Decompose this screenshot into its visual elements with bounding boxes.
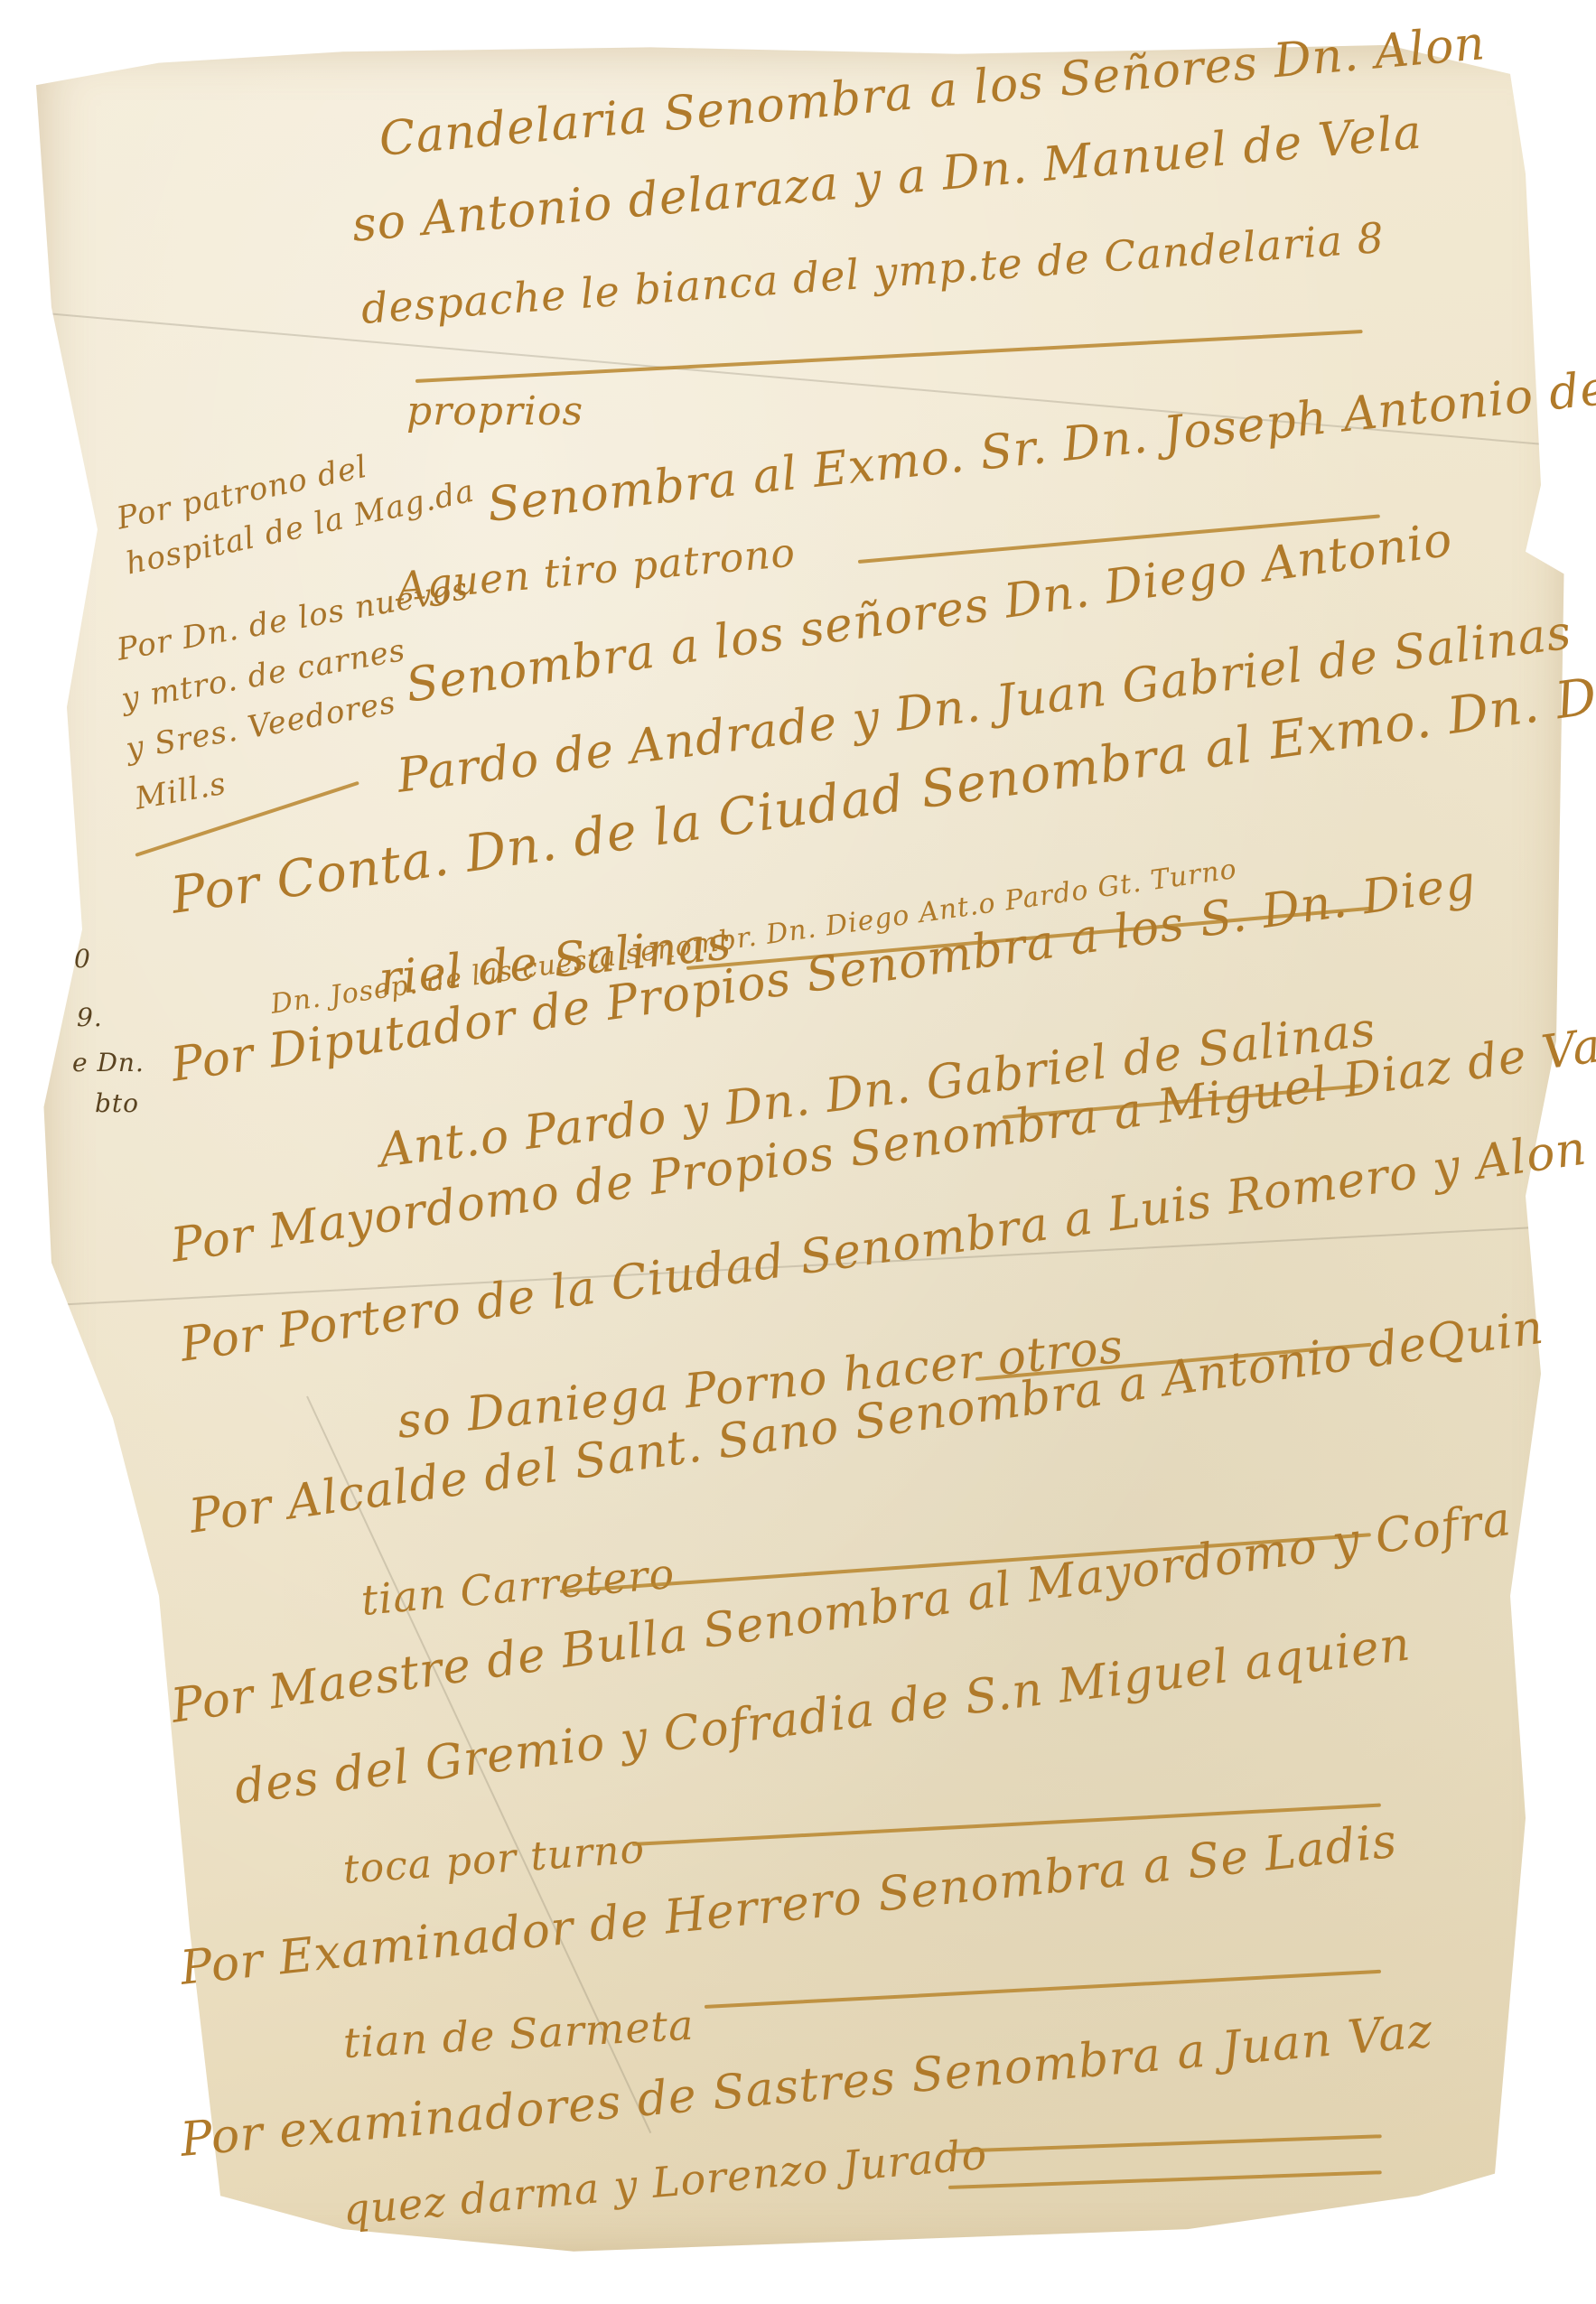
- edge-note: 0: [74, 944, 91, 974]
- edge-note: bto: [95, 1088, 139, 1118]
- edge-note: 9.: [77, 1003, 103, 1032]
- edge-note: e Dn.: [72, 1048, 145, 1077]
- header-line-4: proprios: [406, 388, 583, 434]
